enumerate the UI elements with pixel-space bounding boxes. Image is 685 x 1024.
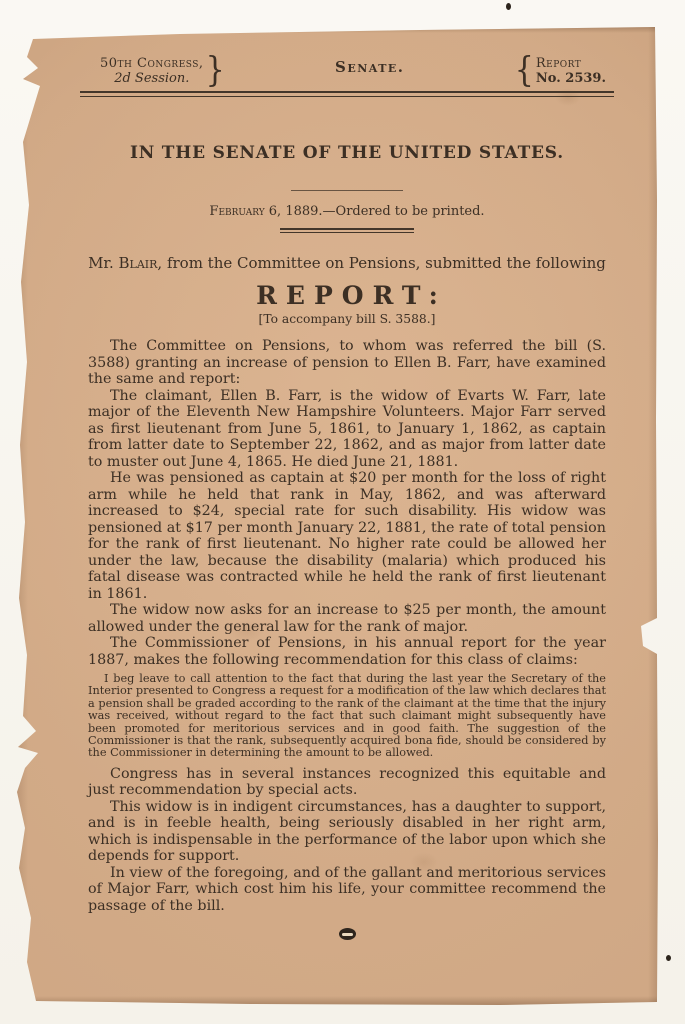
submitter-prefix: Mr. bbox=[88, 254, 118, 272]
submitter-name: Blair bbox=[119, 254, 158, 272]
congress-session-block: 50th Congress, 2d Session. } bbox=[88, 56, 227, 86]
submission-line: Mr. Blair, from the Committee on Pension… bbox=[88, 254, 606, 272]
paper-edge-shadow-top bbox=[0, 27, 685, 33]
paragraph: The Committee on Pensions, to whom was r… bbox=[88, 338, 606, 388]
order-note: —Ordered to be printed. bbox=[323, 204, 485, 219]
masthead-double-rule bbox=[80, 91, 614, 97]
report-body: The Committee on Pensions, to whom was r… bbox=[88, 338, 606, 914]
order-date: February 6, 1889. bbox=[209, 204, 322, 219]
right-facing-brace-glyph: } bbox=[206, 54, 225, 89]
document-content: 50th Congress, 2d Session. } Senate. { R… bbox=[88, 56, 606, 940]
congress-label: 50th Congress, bbox=[100, 56, 204, 71]
paragraph: He was pensioned as captain at $20 per m… bbox=[88, 470, 606, 602]
thin-divider-rule bbox=[291, 190, 403, 191]
paragraph: The Commissioner of Pensions, in his ann… bbox=[88, 635, 606, 668]
scanned-document-canvas: 50th Congress, 2d Session. } Senate. { R… bbox=[0, 0, 685, 1024]
report-heading: REPORT: bbox=[88, 281, 606, 310]
dateline: February 6, 1889.—Ordered to be printed. bbox=[88, 204, 606, 219]
commissioner-quotation: I beg leave to call attention to the fac… bbox=[88, 673, 606, 760]
report-label: Report bbox=[536, 56, 606, 71]
paper-sheet: 50th Congress, 2d Session. } Senate. { R… bbox=[0, 0, 685, 1024]
paragraph: This widow is in indigent circumstances,… bbox=[88, 799, 606, 865]
paragraph: The claimant, Ellen B. Farr, is the wido… bbox=[88, 388, 606, 471]
paper-edge-shadow-bottom bbox=[0, 996, 685, 1005]
paragraph: In view of the foregoing, and of the gal… bbox=[88, 865, 606, 915]
paper-edge-shadow-right bbox=[648, 0, 658, 1024]
submission-rest: , from the Committee on Pensions, submit… bbox=[157, 254, 606, 272]
scan-speck bbox=[506, 3, 511, 10]
report-number-block: { Report No. 2539. bbox=[513, 56, 606, 86]
heavy-divider-rule bbox=[280, 228, 414, 233]
paragraph: Congress has in several instances recogn… bbox=[88, 766, 606, 799]
paragraph: The widow now asks for an increase to $2… bbox=[88, 602, 606, 635]
paper-edge-shadow-left bbox=[14, 0, 28, 1024]
report-number: No. 2539. bbox=[536, 71, 606, 86]
left-facing-brace-glyph: { bbox=[515, 54, 534, 89]
accompany-bill-note: [To accompany bill S. 3588.] bbox=[88, 312, 606, 326]
chamber-title: Senate. bbox=[335, 56, 405, 76]
scan-speck bbox=[666, 955, 671, 961]
document-title: IN THE SENATE OF THE UNITED STATES. bbox=[88, 143, 606, 163]
session-label: 2d Session. bbox=[100, 71, 204, 86]
masthead: 50th Congress, 2d Session. } Senate. { R… bbox=[88, 56, 606, 86]
end-of-report-ornament-icon bbox=[339, 928, 356, 940]
